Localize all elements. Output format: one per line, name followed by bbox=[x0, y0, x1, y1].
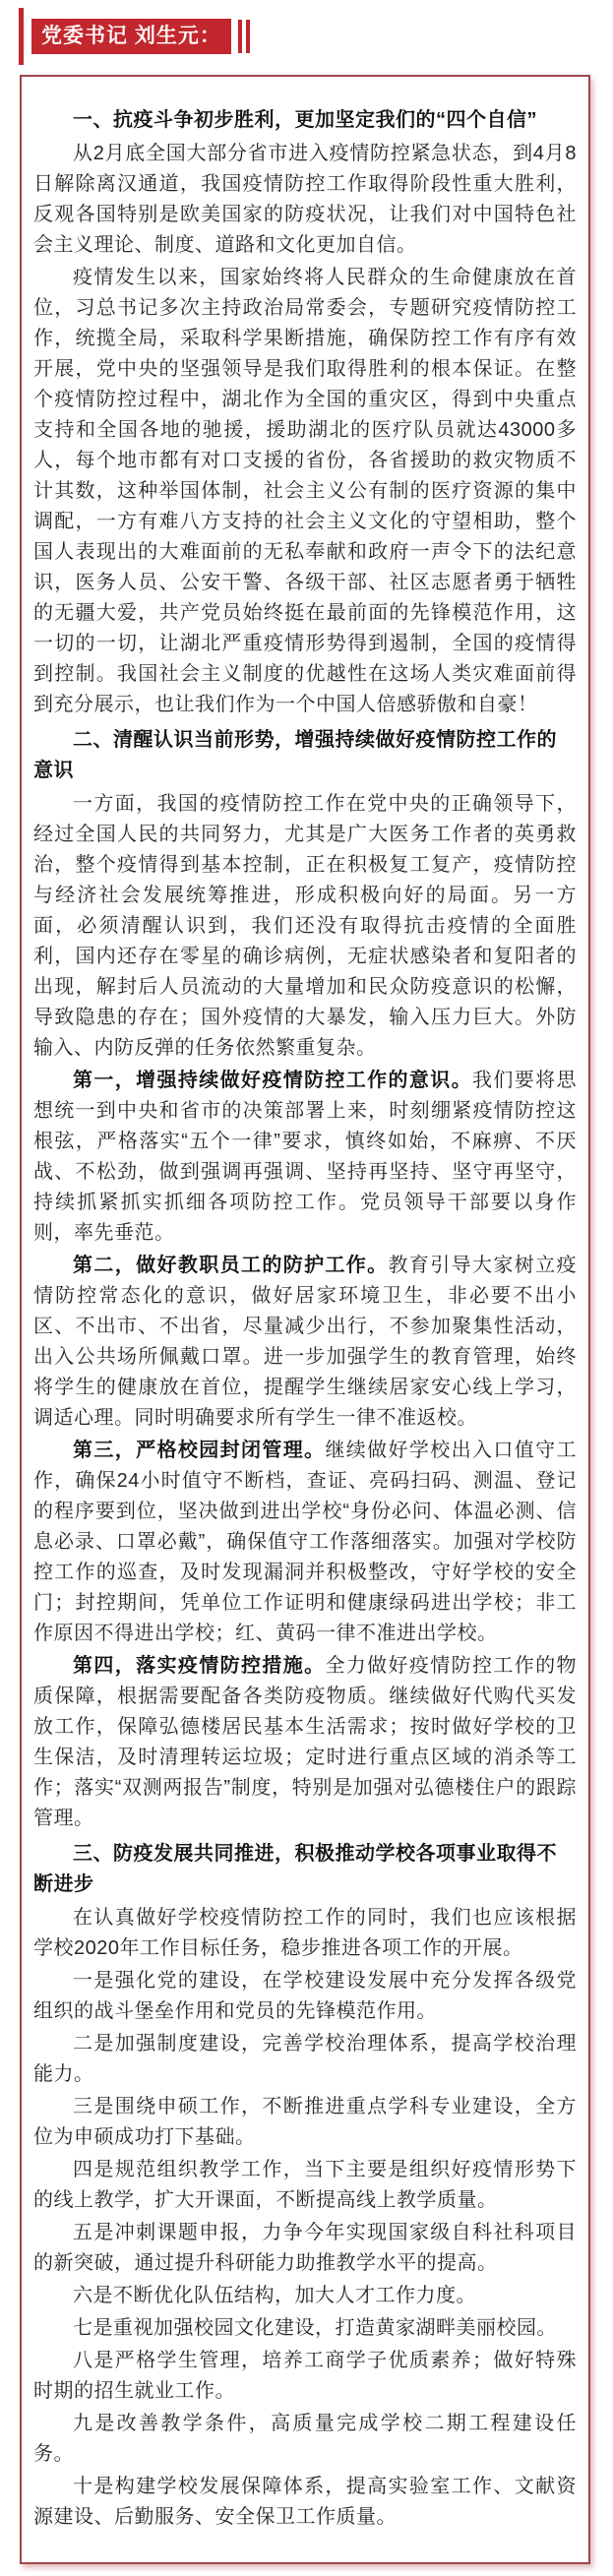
paragraph: 五是冲刺课题申报，力争今年实现国家级自科社科项目的新突破，通过提升科研能力助推教… bbox=[33, 2218, 577, 2279]
paragraph: 从2月底全国大部分省市进入疫情防控紧急状态，到4月8日解除离汉通道，我国疫情防控… bbox=[33, 139, 577, 261]
paragraph: 二是加强制度建设，完善学校治理体系，提高学校治理能力。 bbox=[33, 2029, 577, 2090]
paragraph: 七是重视加强校园文化建设，打造黄家湖畔美丽校园。 bbox=[33, 2313, 577, 2344]
paragraph: 九是改善教学条件，高质量完成学校二期工程建设任务。 bbox=[33, 2409, 577, 2470]
bar-icon bbox=[246, 20, 250, 53]
paragraph-lead: 第一，增强持续做好疫情防控工作的意识。 bbox=[73, 1070, 472, 1091]
paragraph: 第一，增强持续做好疫情防控工作的意识。我们要将思想统一到中央和省市的决策部署上来… bbox=[33, 1066, 577, 1249]
paragraph: 在认真做好学校疫情防控工作的同时，我们也应该根据学校2020年工作目标任务，稳步… bbox=[33, 1903, 577, 1964]
article-content-box: 一、抗疫斗争初步胜利，更加坚定我们的“四个自信”从2月底全国大部分省市进入疫情防… bbox=[20, 75, 590, 2564]
paragraph: 一方面，我国的疫情防控工作在党中央的正确领导下，经过全国人民的共同努力，尤其是广… bbox=[33, 789, 577, 1064]
paragraph-lead: 第三，严格校园封闭管理。 bbox=[73, 1440, 325, 1461]
section-heading: 三、防疫发展共同推进，积极推动学校各项事业取得不断进步 bbox=[33, 1839, 577, 1900]
paragraph: 第二，做好教职员工的防护工作。教育引导大家树立疫情防控常态化的意识，做好居家环境… bbox=[33, 1251, 577, 1434]
bar-icon bbox=[238, 20, 242, 53]
header-double-bars-icon bbox=[238, 20, 250, 53]
page-header: 党委书记 刘生元： bbox=[0, 0, 613, 71]
header-accent-bar-icon bbox=[19, 8, 24, 65]
section-heading: 二、清醒认识当前形势，增强持续做好疫情防控工作的意识 bbox=[33, 725, 577, 786]
section-heading: 一、抗疫斗争初步胜利，更加坚定我们的“四个自信” bbox=[33, 105, 577, 136]
article-page: 党委书记 刘生元： 一、抗疫斗争初步胜利，更加坚定我们的“四个自信”从2月底全国… bbox=[0, 0, 613, 2576]
paragraph: 三是围绕申硕工作，不断推进重点学科专业建设，全方位为申硕成功打下基础。 bbox=[33, 2092, 577, 2153]
paragraph-lead: 第二，做好教职员工的防护工作。 bbox=[73, 1255, 389, 1276]
paragraph: 八是严格学生管理，培养工商学子优质素养；做好特殊时期的招生就业工作。 bbox=[33, 2346, 577, 2407]
article-body: 一、抗疫斗争初步胜利，更加坚定我们的“四个自信”从2月底全国大部分省市进入疫情防… bbox=[33, 105, 577, 2533]
paragraph: 第四，落实疫情防控措施。全力做好疫情防控工作的物质保障，根据需要配备各类防疫物质… bbox=[33, 1651, 577, 1834]
paragraph: 十是构建学校发展保障体系，提高实验室工作、文献资源建设、后勤服务、安全保卫工作质… bbox=[33, 2472, 577, 2533]
paragraph: 疫情发生以来，国家始终将人民群众的生命健康放在首位，习总书记多次主持政治局常委会… bbox=[33, 263, 577, 720]
paragraph: 六是不断优化队伍结构，加大人才工作力度。 bbox=[33, 2281, 577, 2311]
paragraph-lead: 第四，落实疫情防控措施。 bbox=[73, 1655, 325, 1677]
paragraph: 第三，严格校园封闭管理。继续做好学校出入口值守工作，确保24小时值守不断档，查证… bbox=[33, 1436, 577, 1649]
paragraph: 四是规范组织教学工作，当下主要是组织好疫情形势下的线上教学，扩大开课面，不断提高… bbox=[33, 2155, 577, 2216]
paragraph: 一是强化党的建设，在学校建设发展中充分发挥各级党组织的战斗堡垒作用和党员的先锋模… bbox=[33, 1966, 577, 2027]
author-title-badge: 党委书记 刘生元： bbox=[31, 19, 231, 54]
